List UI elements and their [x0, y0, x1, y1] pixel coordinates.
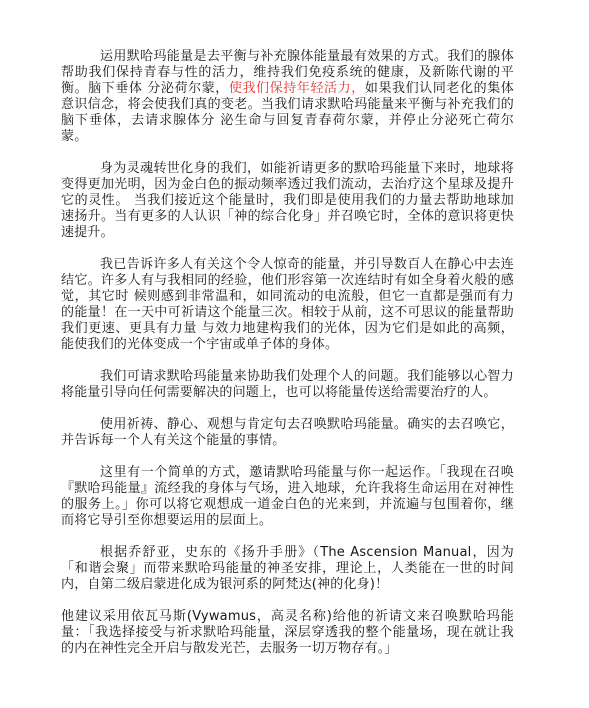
document-page: 运用默哈玛能量是去平衡与补充腺体能量最有效果的方式。我们的腺体帮助我们保持青春与… [0, 0, 589, 708]
paragraph: 这里有一个简单的方式，邀请默哈玛能量与你一起运作。「我现在召唤『默哈玛能量』流经… [61, 465, 514, 529]
highlighted-text: 使我们保持年轻活力， [229, 81, 365, 96]
paragraph: 我们可请求默哈玛能量来协助我们处理个人的问题。我们能够以心智力将能量引导向任何需… [61, 369, 514, 401]
paragraph: 他建议采用依瓦马斯(Vywamus，高灵名称)给他的祈请文来召唤默哈玛能量：「我… [61, 609, 514, 657]
text-segment: 我已告诉许多人有关这个令人惊奇的能量，并引导数百人在静心中去连结它。许多人有与我… [61, 257, 514, 352]
paragraph: 运用默哈玛能量是去平衡与补充腺体能量最有效果的方式。我们的腺体帮助我们保持青春与… [61, 49, 514, 145]
text-segment: 身为灵魂转世化身的我们，如能祈请更多的默哈玛能量下来时，地球将变得更加光明，因为… [61, 161, 514, 240]
paragraph: 我已告诉许多人有关这个令人惊奇的能量，并引导数百人在静心中去连结它。许多人有与我… [61, 257, 514, 353]
text-segment: 使用祈祷、静心、观想与肯定句去召唤默哈玛能量。确实的去召唤它，并告诉每一个人有关… [61, 417, 514, 448]
document-body: 运用默哈玛能量是去平衡与补充腺体能量最有效果的方式。我们的腺体帮助我们保持青春与… [0, 0, 589, 657]
paragraph: 根据乔舒亚，史东的《扬升手册》（The Ascension Manual，因为「… [61, 545, 514, 593]
text-segment: 他建议采用依瓦马斯(Vywamus，高灵名称)给他的祈请文来召唤默哈玛能量：「我… [61, 609, 514, 656]
text-segment: 我们可请求默哈玛能量来协助我们处理个人的问题。我们能够以心智力将能量引导向任何需… [61, 369, 514, 400]
text-segment: 根据乔舒亚，史东的《扬升手册》（The Ascension Manual，因为「… [61, 545, 514, 592]
paragraph: 身为灵魂转世化身的我们，如能祈请更多的默哈玛能量下来时，地球将变得更加光明，因为… [61, 161, 514, 241]
paragraph: 使用祈祷、静心、观想与肯定句去召唤默哈玛能量。确实的去召唤它，并告诉每一个人有关… [61, 417, 514, 449]
text-segment: 这里有一个简单的方式，邀请默哈玛能量与你一起运作。「我现在召唤『默哈玛能量』流经… [61, 465, 514, 528]
